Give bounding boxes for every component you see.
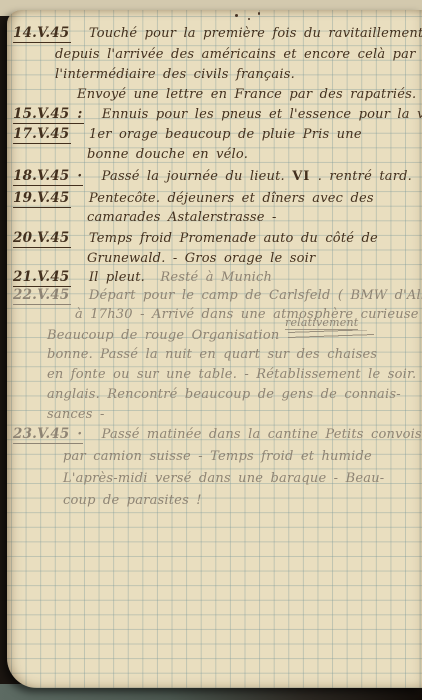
diary-line: depuis l'arrivée des américains et encor… xyxy=(55,47,416,62)
diary-line: 18.V.45 · Passé la journée du lieut. VI … xyxy=(13,168,412,186)
diary-line: 19.V.45 Pentecôte. déjeuners et dîners a… xyxy=(13,190,374,208)
entry-date: 23.V.45 · xyxy=(13,426,83,444)
notebook-page: 14.V.45 Touché pour la première fois du … xyxy=(7,10,422,688)
ink-speck xyxy=(235,14,238,17)
diary-line: l'intermédiaire des civils français. xyxy=(55,67,295,82)
entry-text: Passé la journée du lieut. xyxy=(102,169,293,184)
entry-text: Il pleut. xyxy=(89,270,145,285)
diary-line: 15.V.45 : Ennuis pour les pneus et l'ess… xyxy=(13,106,422,124)
entry-date: 18.V.45 · xyxy=(13,168,83,186)
diary-line: 17.V.45 1er orage beaucoup de pluie Pris… xyxy=(13,126,362,144)
diary-line: en fonte ou sur une table. - Rétablissem… xyxy=(47,367,416,382)
entry-date: 17.V.45 xyxy=(13,126,71,144)
diary-line: coup de parasites ! xyxy=(63,493,202,508)
diary-line: par camion suisse - Temps froid et humid… xyxy=(63,449,372,464)
diary-line: sances - xyxy=(47,407,105,422)
diary-line: 21.V.45 Il pleut. Resté à Munich xyxy=(13,269,272,287)
diary-line: L'après-midi versé dans une baraque - Be… xyxy=(63,471,384,486)
entry-text: . rentré tard. xyxy=(310,169,412,184)
entry-date: 15.V.45 : xyxy=(13,106,84,124)
diary-line: camarades Astalerstrasse - xyxy=(87,210,277,225)
diary-line: bonne. Passé la nuit en quart sur des ch… xyxy=(47,347,377,362)
struck-out-word xyxy=(288,330,374,339)
diary-line: à 17h30 - Arrivé dans une atmosphère cur… xyxy=(75,307,419,322)
entry-date: 22.V.45 xyxy=(13,287,71,305)
entry-text: Passé matinée dans la cantine Petits con… xyxy=(102,427,422,442)
entry-date: 20.V.45 xyxy=(13,230,71,248)
entry-text: Beaucoup de rouge Organisation xyxy=(47,328,280,343)
ink-speck xyxy=(258,12,260,15)
entry-text-pencil: Resté à Munich xyxy=(160,270,272,285)
diary-line: 23.V.45 · Passé matinée dans la cantine … xyxy=(13,426,422,444)
entry-date: 21.V.45 xyxy=(13,269,71,287)
entry-text: Départ pour le camp de Carlsfeld ( BMW d… xyxy=(89,288,422,303)
diary-line: anglais. Rencontré beaucoup de gens de c… xyxy=(47,387,401,402)
diary-line: 22.V.45 Départ pour le camp de Carlsfeld… xyxy=(13,287,422,305)
entry-text: Ennuis pour les pneus et l'essence pour … xyxy=(102,107,422,122)
diary-line: Grunewald. - Gros orage le soir xyxy=(87,251,315,266)
entry-text: Temps froid Promenade auto du côté de xyxy=(89,231,378,246)
diary-line: 20.V.45 Temps froid Promenade auto du cô… xyxy=(13,230,378,248)
inserted-word-above: relativement xyxy=(285,316,358,330)
entry-date: 14.V.45 xyxy=(13,25,71,43)
diary-line: Envoyé une lettre en France par des rapa… xyxy=(77,87,416,102)
entry-text: Pentecôte. déjeuners et dîners avec des xyxy=(89,191,374,206)
entry-date: 19.V.45 xyxy=(13,190,71,208)
entry-text: 1er orage beaucoup de pluie Pris une xyxy=(89,127,362,142)
diary-line: 14.V.45 Touché pour la première fois du … xyxy=(13,25,422,43)
ink-speck xyxy=(248,18,250,20)
diary-line: Beaucoup de rouge Organisation relativem… xyxy=(47,328,374,343)
entry-text: Touché pour la première fois du ravitail… xyxy=(89,26,422,41)
entry-text-bold: VI xyxy=(292,169,310,184)
diary-line: bonne douche en vélo. xyxy=(87,147,248,162)
